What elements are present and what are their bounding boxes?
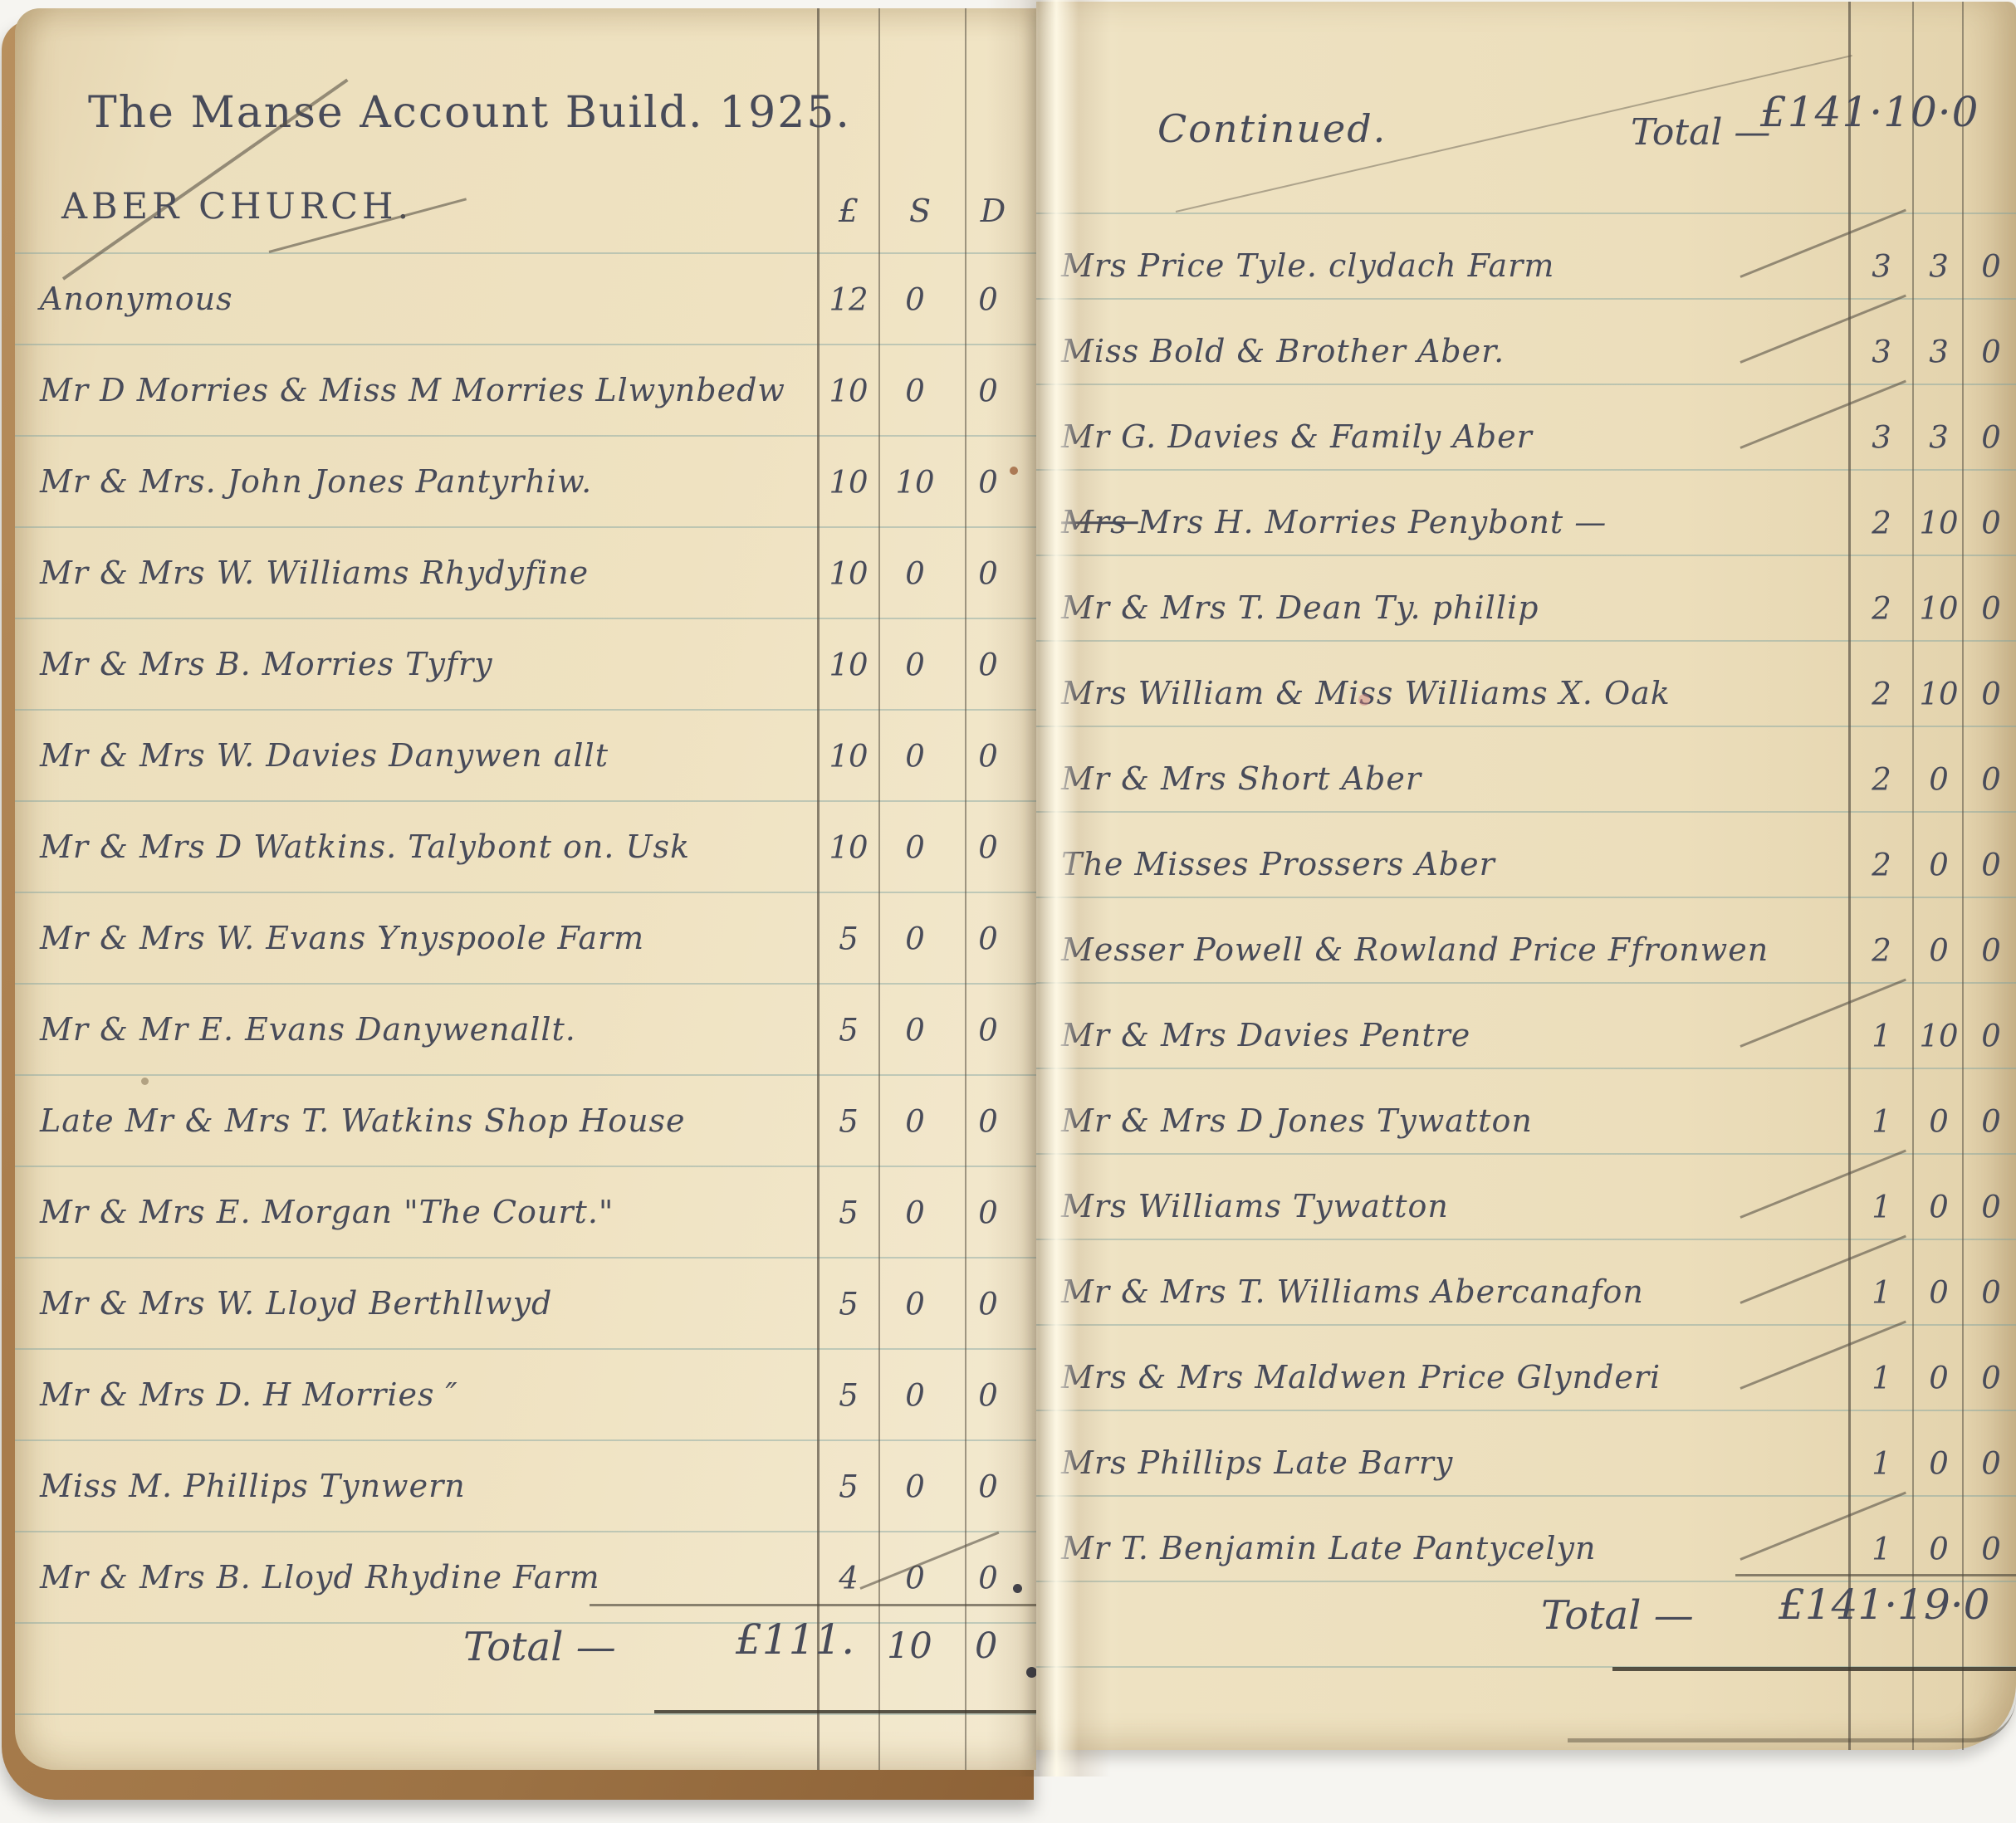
contributor-name: Mrs Phillips Late Barry <box>1061 1444 1453 1481</box>
amount-shillings: 0 <box>885 282 945 318</box>
table-row: Messer Powell & Rowland Price Ffronwen20… <box>1036 908 2016 995</box>
amount-shillings: 10 <box>1909 591 1969 627</box>
table-row: Mr & Mrs D. H Morries ″500 <box>15 1353 1036 1439</box>
contributor-name: Miss M. Phillips Tynwern <box>40 1468 466 1504</box>
amount-pence: 0 <box>958 1104 1018 1140</box>
amount-pence: 0 <box>1961 1361 2016 1396</box>
amount-shillings: 0 <box>885 648 945 683</box>
amount-pounds: 1 <box>1852 1446 1911 1482</box>
amount-pence: 0 <box>1961 1275 2016 1311</box>
amount-pounds: 1 <box>1852 1361 1911 1396</box>
contributor-name: Mr & Mrs D Jones Tywatton <box>1061 1102 1533 1139</box>
amount-pounds: 1 <box>1852 1019 1911 1054</box>
table-row: Mr D Morries & Miss M Morries Llwynbedw1… <box>15 349 1036 435</box>
table-row: Mrs William & Miss Williams X. Oak2100 <box>1036 652 2016 738</box>
table-row: Miss Bold & Brother Aber.330 <box>1036 310 2016 396</box>
amount-shillings: 3 <box>1909 249 1969 285</box>
amount-shillings: 0 <box>885 1469 945 1505</box>
amount-pounds: 10 <box>819 830 878 866</box>
amount-pence: 0 <box>1961 506 2016 541</box>
table-row: Mr & Mrs Short Aber200 <box>1036 737 2016 824</box>
table-row: Mr & Mrs Davies Pentre1100 <box>1036 994 2016 1080</box>
amount-pence: 0 <box>958 556 1018 592</box>
total-label: Total — <box>463 1624 616 1670</box>
contributor-name: Mr T. Benjamin Late Pantycelyn <box>1061 1530 1596 1566</box>
table-row: Mr & Mrs W. Evans Ynyspoole Farm500 <box>15 897 1036 983</box>
amount-pence: 0 <box>958 739 1018 775</box>
amount-pounds: 5 <box>819 921 878 957</box>
table-row: Miss M. Phillips Tynwern500 <box>15 1444 1036 1531</box>
amount-pence: 0 <box>1961 1532 2016 1567</box>
contributor-name: Mr & Mrs Short Aber <box>1061 760 1421 797</box>
table-row: Mr & Mrs E. Morgan "The Court."500 <box>15 1171 1036 1257</box>
amount-pence: 0 <box>958 1469 1018 1505</box>
table-row: Mr G. Davies & Family Aber330 <box>1036 395 2016 481</box>
contributor-name: Anonymous <box>40 281 233 317</box>
amount-pounds: 5 <box>819 1013 878 1048</box>
contributor-name: The Misses Prossers Aber <box>1061 846 1495 882</box>
table-row: Mrs & Mrs Maldwen Price Glynderi100 <box>1036 1336 2016 1422</box>
total-label: Total — <box>1541 1592 1694 1639</box>
amount-pounds: 2 <box>1852 506 1911 541</box>
amount-pence: 0 <box>958 1013 1018 1048</box>
contributor-name: Mr & Mrs Davies Pentre <box>1061 1017 1470 1053</box>
table-row: Mrs Price Tyle. clydach Farm330 <box>1036 224 2016 310</box>
table-row: Anonymous1200 <box>15 257 1036 344</box>
amount-shillings: 0 <box>1909 1275 1969 1311</box>
amount-pence: 0 <box>1961 933 2016 969</box>
amount-pounds: 3 <box>1852 335 1911 370</box>
amount-shillings: 0 <box>885 1287 945 1322</box>
amount-pence: 0 <box>1961 1104 2016 1140</box>
scanned-ledger: The Manse Account Build. 1925. ABER CHUR… <box>0 0 2016 1823</box>
amount-pence: 0 <box>1961 591 2016 627</box>
amount-shillings: 3 <box>1909 335 1969 370</box>
contributor-name: Mr & Mrs W. Davies Danywen allt <box>40 737 609 774</box>
table-row: Mr & Mr E. Evans Danywenallt.500 <box>15 988 1036 1074</box>
table-row: Mr & Mrs D Watkins. Talybont on. Usk1000 <box>15 805 1036 892</box>
amount-shillings: 0 <box>885 1195 945 1231</box>
table-row: Mr & Mrs W. Williams Rhydyfine1000 <box>15 531 1036 618</box>
amount-pounds: 10 <box>819 465 878 501</box>
amount-pence: 0 <box>958 648 1018 683</box>
contributor-name: Mrs William & Miss Williams X. Oak <box>1061 675 1671 711</box>
contributor-name: Mr & Mrs W. Williams Rhydyfine <box>40 555 589 591</box>
table-row: Mr & Mrs D Jones Tywatton100 <box>1036 1079 2016 1166</box>
amount-pounds: 12 <box>819 282 878 318</box>
amount-shillings: 0 <box>1909 1361 1969 1396</box>
contributor-name: Mr & Mrs D. H Morries ″ <box>40 1376 458 1413</box>
amount-shillings: 0 <box>1909 762 1969 798</box>
amount-pence: 0 <box>958 1287 1018 1322</box>
amount-pounds: 2 <box>1852 762 1911 798</box>
amount-shillings: 0 <box>885 374 945 409</box>
amount-pounds: 10 <box>819 648 878 683</box>
total-pence: 0 <box>975 1625 997 1667</box>
amount-pounds: 1 <box>1852 1104 1911 1140</box>
amount-pence: 0 <box>1961 762 2016 798</box>
total-value: £141·19·0 <box>1779 1581 1989 1629</box>
amount-pounds: 4 <box>819 1561 878 1596</box>
table-row: Mrs Williams Tywatton100 <box>1036 1165 2016 1251</box>
amount-pence: 0 <box>1961 335 2016 370</box>
amount-shillings: 0 <box>1909 1104 1969 1140</box>
page-subtitle: ABER CHURCH. <box>61 186 413 227</box>
amount-shillings: 10 <box>1909 1019 1969 1054</box>
page-title: The Manse Account Build. 1925. <box>88 88 851 138</box>
left-page: The Manse Account Build. 1925. ABER CHUR… <box>15 8 1036 1770</box>
amount-pence: 0 <box>1961 848 2016 883</box>
amount-pence: 0 <box>958 374 1018 409</box>
contributor-name: Mr D Morries & Miss M Morries Llwynbedw <box>40 372 785 408</box>
amount-pence: 0 <box>958 921 1018 957</box>
contributor-name: Mr & Mrs B. Lloyd Rhydine Farm <box>40 1559 600 1596</box>
table-row: Mrs Mrs H. Morries Penybont —2100 <box>1036 481 2016 567</box>
page-stack-edge <box>1568 1697 2016 1742</box>
amount-pence: 0 <box>958 1561 1018 1596</box>
table-row: Late Mr & Mrs T. Watkins Shop House500 <box>15 1079 1036 1166</box>
table-row: Mr & Mrs W. Lloyd Berthllwyd500 <box>15 1262 1036 1348</box>
struck-word: Mrs <box>1061 504 1138 540</box>
amount-shillings: 0 <box>885 1378 945 1414</box>
table-row: Mr & Mrs. John Jones Pantyrhiw.10100 <box>15 440 1036 526</box>
amount-shillings: 0 <box>1909 1532 1969 1567</box>
amount-pence: 0 <box>1961 249 2016 285</box>
amount-shillings: 0 <box>885 921 945 957</box>
amount-shillings: 3 <box>1909 420 1969 456</box>
contributor-name: Mrs & Mrs Maldwen Price Glynderi <box>1061 1359 1661 1395</box>
amount-shillings: 0 <box>885 556 945 592</box>
amount-pence: 0 <box>1961 1019 2016 1054</box>
amount-pounds: 1 <box>1852 1275 1911 1311</box>
amount-shillings: 0 <box>1909 933 1969 969</box>
amount-pounds: 2 <box>1852 933 1911 969</box>
contributor-name: Mr & Mrs W. Evans Ynyspoole Farm <box>40 920 644 956</box>
foxing-speck <box>1358 694 1370 706</box>
amount-shillings: 0 <box>885 739 945 775</box>
contributor-name: Late Mr & Mrs T. Watkins Shop House <box>40 1102 686 1139</box>
column-header-pounds: £ <box>839 193 859 229</box>
amount-pounds: 10 <box>819 556 878 592</box>
contributor-name: Mr & Mrs W. Lloyd Berthllwyd <box>40 1285 552 1322</box>
amount-shillings: 0 <box>1909 848 1969 883</box>
total-underline <box>654 1710 1046 1713</box>
amount-pence: 0 <box>958 282 1018 318</box>
amount-pounds: 5 <box>819 1195 878 1231</box>
amount-shillings: 0 <box>1909 1446 1969 1482</box>
total-shillings: 10 <box>887 1625 932 1667</box>
table-row: Mrs Phillips Late Barry100 <box>1036 1421 2016 1508</box>
column-header-shillings: S <box>909 193 931 229</box>
foxing-speck <box>141 1078 149 1085</box>
amount-pounds: 10 <box>819 739 878 775</box>
amount-pounds: 10 <box>819 374 878 409</box>
table-row: Mr & Mrs W. Davies Danywen allt1000 <box>15 714 1036 800</box>
contributor-name: Mr & Mr E. Evans Danywenallt. <box>40 1011 576 1048</box>
amount-pounds: 5 <box>819 1378 878 1414</box>
amount-pence: 0 <box>958 1195 1018 1231</box>
contributor-name: Mrs Price Tyle. clydach Farm <box>1061 247 1554 284</box>
ink-blot <box>1013 1584 1022 1593</box>
contributor-name: Mr & Mrs D Watkins. Talybont on. Usk <box>40 828 690 865</box>
amount-pounds: 3 <box>1852 420 1911 456</box>
contributor-name: Mr & Mrs E. Morgan "The Court." <box>40 1194 614 1230</box>
carried-total-value: £141·10·0 <box>1760 88 1979 136</box>
amount-pounds: 5 <box>819 1287 878 1322</box>
table-row: Mr & Mrs T. Williams Abercanafon100 <box>1036 1250 2016 1337</box>
amount-shillings: 0 <box>1909 1190 1969 1225</box>
amount-shillings: 0 <box>885 1013 945 1048</box>
contributor-name: Mr & Mrs T. Dean Ty. phillip <box>1061 589 1539 626</box>
amount-pounds: 2 <box>1852 848 1911 883</box>
amount-pence: 0 <box>958 830 1018 866</box>
carried-total-label: Total — <box>1631 111 1770 154</box>
amount-pounds: 5 <box>819 1104 878 1140</box>
amount-pence: 0 <box>1961 1446 2016 1482</box>
table-row: The Misses Prossers Aber200 <box>1036 823 2016 909</box>
amount-shillings: 10 <box>885 465 945 501</box>
total-pounds: £111. <box>736 1615 854 1664</box>
amount-pounds: 5 <box>819 1469 878 1505</box>
amount-pence: 0 <box>1961 1190 2016 1225</box>
continued-heading: Continued. <box>1157 106 1387 151</box>
amount-shillings: 0 <box>885 1104 945 1140</box>
amount-pounds: 2 <box>1852 677 1911 712</box>
contributor-name: Messer Powell & Rowland Price Ffronwen <box>1061 931 1769 968</box>
contributor-name: Mrs Williams Tywatton <box>1061 1188 1449 1224</box>
amount-shillings: 0 <box>885 830 945 866</box>
contributor-name: Mr & Mrs. John Jones Pantyrhiw. <box>40 463 592 500</box>
amount-pence: 0 <box>958 1378 1018 1414</box>
amount-shillings: 10 <box>1909 677 1969 712</box>
contributor-name: Miss Bold & Brother Aber. <box>1061 333 1505 369</box>
right-page: Continued. Total — £141·10·0 Mrs Price T… <box>1036 2 2016 1750</box>
amount-shillings: 10 <box>1909 506 1969 541</box>
contributor-name: Mr & Mrs B. Morries Tyfry <box>40 646 493 682</box>
contributor-name: Mr G. Davies & Family Aber <box>1061 418 1533 455</box>
foxing-speck <box>1010 467 1018 475</box>
amount-pounds: 3 <box>1852 249 1911 285</box>
total-underline <box>1612 1667 2016 1671</box>
total-separator-line <box>590 1604 1040 1606</box>
amount-pence: 0 <box>1961 677 2016 712</box>
table-row: Mr & Mrs T. Dean Ty. phillip2100 <box>1036 566 2016 652</box>
total-separator-line <box>1735 1574 2016 1576</box>
contributor-name: Mr & Mrs T. Williams Abercanafon <box>1061 1273 1644 1310</box>
amount-pounds: 1 <box>1852 1190 1911 1225</box>
amount-pounds: 1 <box>1852 1532 1911 1567</box>
table-row: Mr & Mrs B. Lloyd Rhydine Farm400 <box>15 1536 1036 1622</box>
column-header-pence: D <box>981 193 1006 229</box>
amount-pounds: 2 <box>1852 591 1911 627</box>
amount-pence: 0 <box>1961 420 2016 456</box>
table-row: Mr & Mrs B. Morries Tyfry1000 <box>15 623 1036 709</box>
contributor-name: Mrs Mrs H. Morries Penybont — <box>1061 504 1607 540</box>
